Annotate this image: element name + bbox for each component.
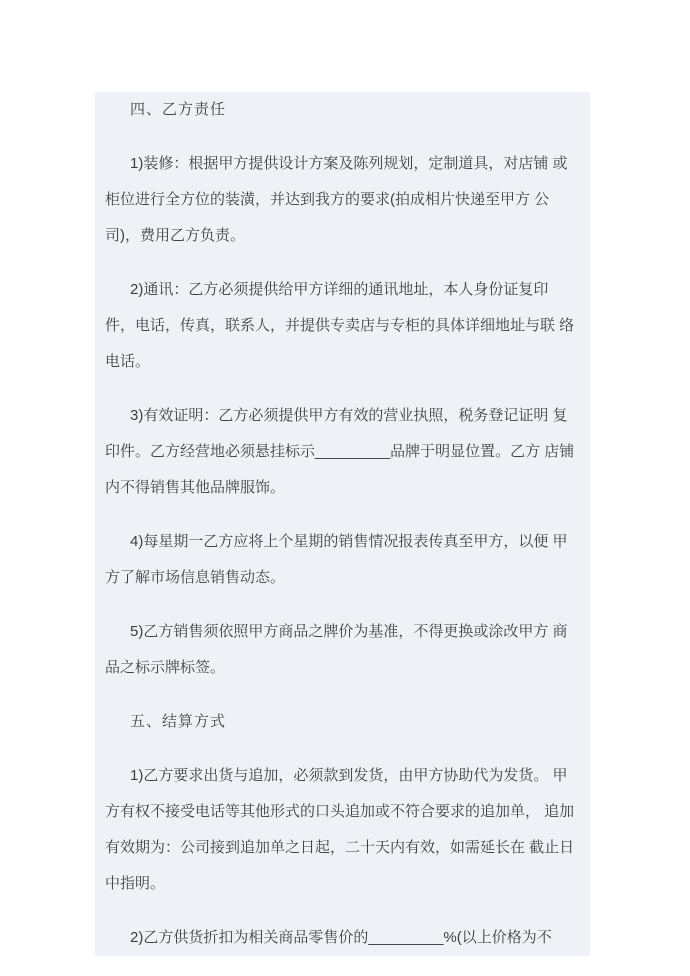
clause-supply-discount: 2)乙方供货折扣为相关商品零售价的_________%(以上价格为不 [105, 920, 580, 956]
document-panel: 四、乙方责任 1)装修：根据甲方提供设计方案及陈列规划，定制道具，对店铺 或柜位… [95, 92, 590, 956]
clause-shipment-and-reorder: 1)乙方要求出货与追加，必须款到发货，由甲方协助代为发货。 甲方有权不接受电话等… [105, 758, 580, 902]
section-heading-settlement-method: 五、结算方式 [105, 704, 580, 740]
clause-weekly-sales-report: 4)每星期一乙方应将上个星期的销售情况报表传真至甲方，以便 甲方了解市场信息销售… [105, 524, 580, 596]
clause-communication: 2)通讯：乙方必须提供给甲方详细的通讯地址，本人身份证复印 件，电话，传真，联系… [105, 272, 580, 380]
section-heading-party-b-responsibilities: 四、乙方责任 [105, 92, 580, 128]
clause-valid-certificates: 3)有效证明：乙方必须提供甲方有效的营业执照，税务登记证明 复印件。乙方经营地必… [105, 398, 580, 506]
clause-price-tag: 5)乙方销售须依照甲方商品之牌价为基准，不得更换或涂改甲方 商品之标示牌标签。 [105, 614, 580, 686]
clause-decoration: 1)装修：根据甲方提供设计方案及陈列规划，定制道具，对店铺 或柜位进行全方位的装… [105, 146, 580, 254]
